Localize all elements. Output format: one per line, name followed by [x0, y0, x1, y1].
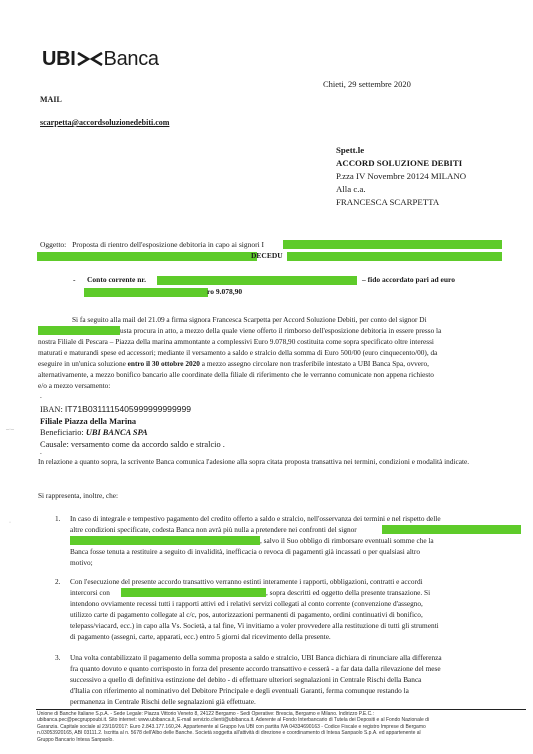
logo-ubi-text: UBI [42, 48, 76, 70]
intro-line-6: alternativamente, a mezzo bonifico banca… [38, 369, 532, 380]
clause-3-line-5: permanenza in Centrale Rischi delle segn… [70, 696, 256, 707]
deadline-date: entro il 30 ottobre 2020 [128, 359, 200, 368]
subject-text: Proposta di rientro dell'esposizione deb… [72, 240, 264, 249]
recipient-email-link[interactable]: scarpetta@accordsoluzionedebiti.com [40, 118, 169, 127]
ubi-chevrons-logo-icon [77, 51, 103, 67]
clause-1-line-3: , salvo il Suo obbligo di rimborsare eve… [260, 535, 434, 546]
account-credit-line: – fido accordato pari ad euro [362, 275, 455, 284]
payment-reason: Causale: versamento come da accordo sald… [40, 439, 225, 451]
clause-3-number: 3. [55, 652, 60, 663]
logo-banca-text: Banca [104, 48, 159, 70]
redaction-bar [283, 240, 502, 249]
branch-name: Filiale Piazza della Marina [40, 416, 225, 428]
clause-2-line-2-pre: intercorsi con [70, 587, 110, 598]
intro-line-5-post: a mezzo assegno circolare non trasferibi… [200, 359, 429, 368]
addressee-person: FRANCESCA SCARPETTA [336, 196, 466, 209]
scan-margin-mark: · [9, 520, 11, 526]
letter-date: Chieti, 29 settembre 2020 [323, 79, 411, 89]
iban-label: IBAN: [40, 405, 65, 414]
intro-line-2: usta procura in atto, a mezzo della qual… [120, 325, 532, 336]
intro-line-1: Si fa seguito alla mail del 21.09 a firm… [72, 314, 532, 325]
clause-2-line-1: Con l'esecuzione del presente accordo tr… [70, 576, 532, 587]
clause-1-number: 1. [55, 513, 60, 524]
redaction-bar [157, 276, 357, 285]
redaction-bar [70, 536, 260, 545]
beneficiary-row: Beneficiario: UBI BANCA SPA [40, 427, 225, 439]
addressee-address: P.zza IV Novembre 20124 MILANO [336, 170, 466, 183]
legal-footer: Unione di Banche Italiane S.p.A. - Sede … [37, 711, 507, 743]
intro-line-5-pre: eseguire in un'unica soluzione [38, 359, 128, 368]
also-intro: Si rappresenta, inoltre, che: [38, 490, 118, 501]
clause-3-line-4: d'Italia con riferimento al nominativo d… [70, 685, 409, 696]
addressee-block: Spett.le ACCORD SOLUZIONE DEBITI P.zza I… [336, 144, 466, 209]
account-dash: - [73, 275, 76, 284]
beneficiary-value: UBI BANCA SPA [86, 428, 148, 437]
subject-line: Oggetto: Proposta di rientro dell'esposi… [40, 240, 264, 249]
intro-line-3: nostra Filiale di Pescara – Piazza della… [38, 336, 532, 347]
clause-1-line-4: Banca fosse tenuta a restituire a seguit… [70, 546, 532, 557]
bullet-dot: . [40, 390, 42, 401]
clause-2-line-2-post: , sopra descritti ed oggetto della prese… [266, 587, 430, 598]
clause-2-line-5: telepass/viacard, ecc.) in capo alla Vs.… [70, 620, 439, 631]
clause-1-line-5: motivo; [70, 557, 93, 568]
footer-line-5: Gruppo Bancario Intesa Sanpaolo. [37, 737, 507, 743]
clause-2-line-6: di pagamento (assegni, carte, apparati, … [70, 631, 331, 642]
redaction-bar [37, 252, 257, 261]
addressee-company: ACCORD SOLUZIONE DEBITI [336, 157, 466, 170]
clause-3-line-3: successivo a quello di definitiva estinz… [70, 674, 421, 685]
clause-3-line-1: Una volta contabilizzato il pagamento de… [70, 652, 442, 663]
redaction-bar [38, 326, 120, 335]
subject-deceased-fragment: DECEDU [251, 251, 283, 260]
footer-divider [36, 709, 526, 710]
addressee-salutation: Spett.le [336, 144, 466, 157]
intro-line-5: eseguire in un'unica soluzione entro il … [38, 358, 532, 369]
account-amount: ro 9.078,90 [207, 287, 242, 296]
iban-row: IBAN: IT71B0311115405999999999999 [40, 404, 225, 416]
clause-1-line-1: In caso di integrale e tempestivo pagame… [70, 513, 532, 524]
redaction-bar [84, 288, 208, 297]
clause-3-line-2: fra quanto dovuto e quanto corrisposto i… [70, 663, 441, 674]
subject-label: Oggetto: [40, 240, 66, 249]
redaction-bar [287, 252, 502, 261]
clause-2-line-3: intendono ovviamente recessi tutti i rap… [70, 598, 423, 609]
account-label: Conto corrente nr. [87, 275, 146, 284]
redaction-bar [382, 525, 521, 534]
clause-2-number: 2. [55, 576, 60, 587]
payment-details: IBAN: IT71B0311115405999999999999 Filial… [40, 404, 225, 450]
ubi-banca-logo: UBIBanca [42, 48, 159, 71]
intro-line-4: maturati e maturandi spese ed accessori;… [38, 347, 532, 358]
clause-2-line-4: utilizzo carte di pagamento collegate al… [70, 609, 423, 620]
addressee-attention: Alla c.a. [336, 183, 466, 196]
iban-value: IT71B0311115405999999999999 [65, 404, 191, 414]
redaction-bar [121, 588, 266, 597]
beneficiary-label: Beneficiario: [40, 428, 86, 437]
scan-margin-mark: –·– [6, 427, 14, 433]
intro-line-7: e/o a mezzo versamento: [38, 380, 532, 391]
channel-label: MAIL [40, 95, 62, 104]
acceptance-paragraph: In relazione a quanto sopra, la scrivent… [38, 456, 532, 467]
